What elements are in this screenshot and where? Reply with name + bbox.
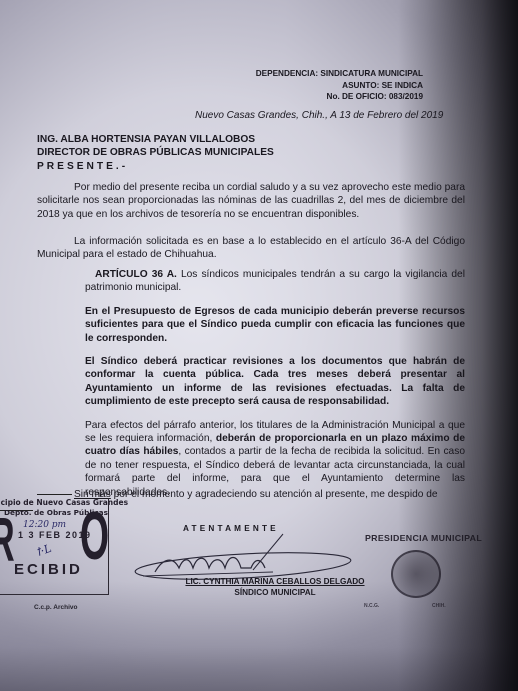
seal-foot-right: CHIH. (432, 603, 446, 609)
stamp-initials: ꝉ·L (34, 542, 53, 560)
article-paragraph-2: En el Presupuesto de Egresos de cada mun… (85, 305, 465, 345)
signer-name: LIC. CYNTHIA MARINA CEBALLOS DELGADO (160, 576, 390, 587)
asunto-line: ASUNTO: SE INDICA (256, 80, 423, 92)
place-date: Nuevo Casas Grandes, Chih., A 13 de Febr… (195, 109, 443, 122)
stamp-letter-r: R (0, 510, 15, 572)
oficio-number: No. DE OFICIO: 083/2019 (256, 91, 423, 103)
article-36a-quote: ARTÍCULO 36 A. Los síndicos municipales … (85, 268, 465, 509)
signer-position: SÍNDICO MUNICIPAL (160, 587, 390, 598)
paragraph-legal-basis: La información solicitada es en base a l… (37, 235, 465, 262)
letter-header: DEPENDENCIA: SINDICATURA MUNICIPAL ASUNT… (256, 68, 423, 103)
addressee-title: DIRECTOR DE OBRAS PÚBLICAS MUNICIPALES (37, 146, 274, 159)
article-title: ARTÍCULO 36 A. (95, 269, 177, 280)
addressee-block: ING. ALBA HORTENSIA PAYAN VILLALOBOS DIR… (37, 133, 274, 173)
presente-line: PRESENTE.- (37, 160, 274, 173)
stamp-recibido-text: ECIBID (14, 561, 83, 578)
municipal-seal-icon (391, 550, 441, 598)
signer-block: LIC. CYNTHIA MARINA CEBALLOS DELGADO SÍN… (160, 576, 390, 598)
stamp-handwritten-time: 12:20 pm (23, 520, 66, 530)
addressee-name: ING. ALBA HORTENSIA PAYAN VILLALOBOS (37, 133, 274, 146)
dependencia-line: DEPENDENCIA: SINDICATURA MUNICIPAL (256, 68, 423, 80)
closing-text: por el momento y agradeciendo su atenció… (111, 489, 438, 500)
seal-foot-left: N.C.G. (364, 603, 379, 609)
article-paragraph-3: El Síndico deberá practicar revisiones a… (85, 355, 465, 409)
paragraph-request: Por medio del presente reciba un cordial… (37, 181, 465, 221)
stamp-letter-o: O (80, 502, 109, 570)
closing-leader-line (37, 494, 72, 495)
copy-note: C.c.p. Archivo (34, 601, 77, 614)
received-stamp: icipio de Nuevo Casas Grandes Depto. de … (0, 498, 109, 595)
presidencia-stamp-label: PRESIDENCIA MUNICIPAL (365, 532, 482, 545)
